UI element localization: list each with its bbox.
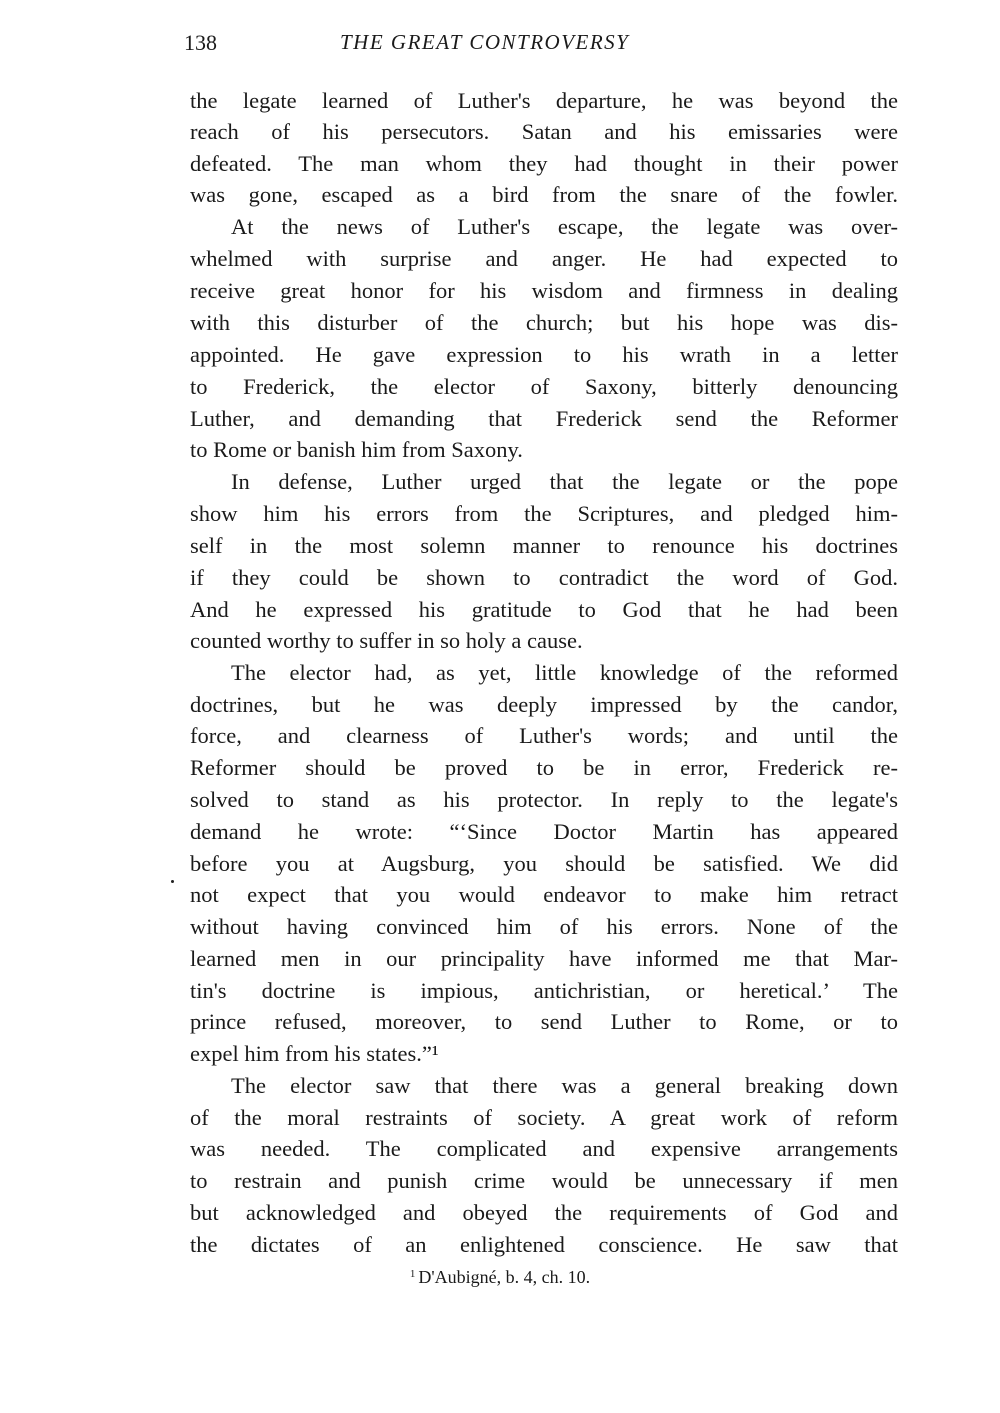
text-line: was gone, escaped as a bird from the sna… — [190, 181, 898, 209]
text-line: reach of his persecutors. Satan and his … — [190, 118, 898, 146]
text-line: to Frederick, the elector of Saxony, bit… — [190, 373, 898, 401]
text-line: learned men in our principality have inf… — [190, 945, 898, 973]
text-line: with this disturber of the church; but h… — [190, 309, 898, 337]
footnote-text: D'Aubigné, b. 4, ch. 10. — [418, 1267, 590, 1287]
text-line: to Rome or banish him from Saxony. — [190, 436, 898, 464]
text-line: defeated. The man whom they had thought … — [190, 150, 898, 178]
page-number: 138 — [184, 30, 217, 56]
text-line: not expect that you would endeavor to ma… — [190, 881, 898, 909]
text-line: before you at Augsburg, you should be sa… — [190, 850, 898, 878]
text-line: the dictates of an enlightened conscienc… — [190, 1231, 898, 1259]
text-line: but acknowledged and obeyed the requirem… — [190, 1199, 898, 1227]
text-line: counted worthy to suffer in so holy a ca… — [190, 627, 898, 655]
text-line: whelmed with surprise and anger. He had … — [190, 245, 898, 273]
text-line: At the news of Luther's escape, the lega… — [231, 213, 898, 241]
text-line: Luther, and demanding that Frederick sen… — [190, 405, 898, 433]
text-line: The elector saw that there was a general… — [231, 1072, 898, 1100]
text-line: demand he wrote: “‘Since Doctor Martin h… — [190, 818, 898, 846]
text-line: tin's doctrine is impious, antichristian… — [190, 977, 898, 1005]
text-line: if they could be shown to contradict the… — [190, 564, 898, 592]
book-page: 138 THE GREAT CONTROVERSY the legate lea… — [0, 0, 1000, 1413]
text-line: expel him from his states.”¹ — [190, 1040, 898, 1068]
text-line: Reformer should be proved to be in error… — [190, 754, 898, 782]
text-line: show him his errors from the Scriptures,… — [190, 500, 898, 528]
text-line: The elector had, as yet, little knowledg… — [231, 659, 898, 687]
text-line: to restrain and punish crime would be un… — [190, 1167, 898, 1195]
text-line: solved to stand as his protector. In rep… — [190, 786, 898, 814]
text-line: was needed. The complicated and expensiv… — [190, 1135, 898, 1163]
scan-speck — [171, 880, 174, 883]
text-line: In defense, Luther urged that the legate… — [231, 468, 898, 496]
text-line: of the moral restraints of society. A gr… — [190, 1104, 898, 1132]
footnote: 1D'Aubigné, b. 4, ch. 10. — [0, 1267, 1000, 1288]
text-line: doctrines, but he was deeply impressed b… — [190, 691, 898, 719]
text-line: the legate learned of Luther's departure… — [190, 87, 898, 115]
footnote-marker: 1 — [410, 1268, 416, 1280]
text-line: And he expressed his gratitude to God th… — [190, 596, 898, 624]
text-line: receive great honor for his wisdom and f… — [190, 277, 898, 305]
text-line: prince refused, moreover, to send Luther… — [190, 1008, 898, 1036]
running-title: THE GREAT CONTROVERSY — [340, 30, 629, 55]
text-line: appointed. He gave expression to his wra… — [190, 341, 898, 369]
running-head: 138 THE GREAT CONTROVERSY — [184, 30, 906, 62]
text-line: self in the most solemn manner to renoun… — [190, 532, 898, 560]
text-line: without having convinced him of his erro… — [190, 913, 898, 941]
text-line: force, and clearness of Luther's words; … — [190, 722, 898, 750]
